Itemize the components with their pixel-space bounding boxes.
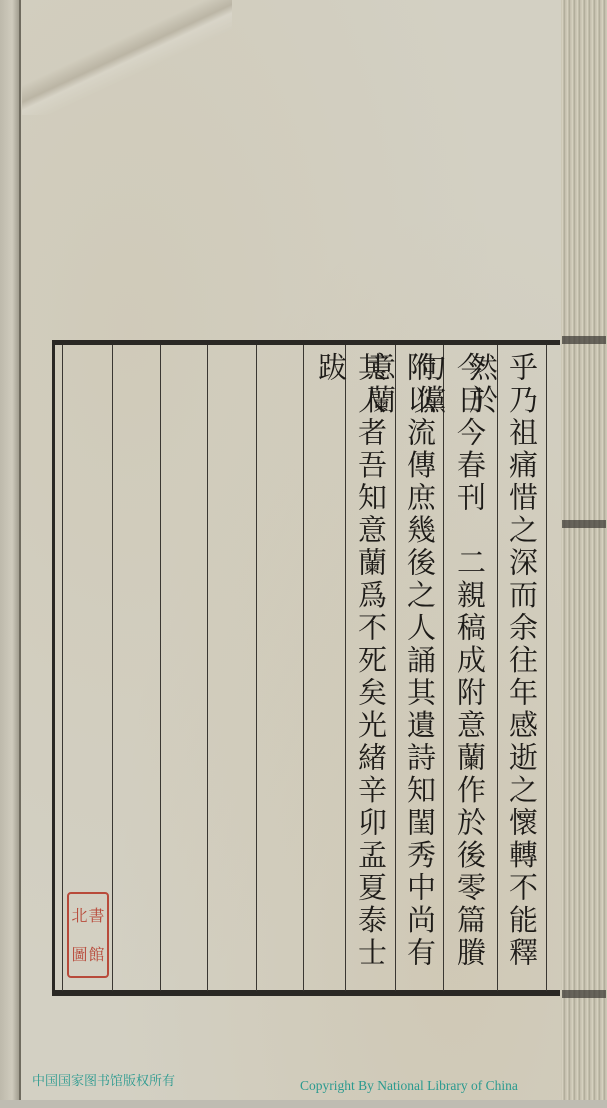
seal-char: 書 [88, 896, 105, 935]
edge-ink-mark [562, 520, 606, 528]
copyright-english: Copyright By National Library of China [300, 1078, 518, 1094]
text-column-3: 附以流傳庶幾後之人誦其遺詩知閨秀中尚有意蘭 [400, 352, 440, 984]
seal-char: 北 [71, 896, 88, 935]
scan-bottom-edge [0, 1100, 607, 1108]
column-rule [62, 345, 63, 991]
copyright-chinese: 中国国家图书馆版权所有 [32, 1070, 175, 1089]
text-column-1: 乎乃祖痛惜之深而余往年感逝之懷轉不能釋然於 [502, 352, 542, 984]
page-fold-crease [22, 0, 232, 115]
column-rule [256, 345, 257, 991]
column-rule [497, 345, 498, 991]
column-rule [303, 345, 304, 991]
text-column-4: 其人者吾知意蘭爲不死矣光緒辛卯孟夏泰士跋 [351, 352, 391, 984]
column-rule [395, 345, 396, 991]
previous-page-edge [0, 0, 20, 1108]
stacked-page-edges [561, 0, 607, 1108]
column-rule [345, 345, 346, 991]
column-rule [546, 345, 547, 991]
column-rule [207, 345, 208, 991]
seal-char: 館 [88, 935, 105, 974]
edge-ink-mark [562, 990, 606, 998]
column-rule [160, 345, 161, 991]
column-rule [112, 345, 113, 991]
text-column-2: 今日今春刊 二親稿成附意蘭作於後零篇賸句儻 [450, 352, 490, 984]
seal-char: 圖 [71, 935, 88, 974]
column-rule [443, 345, 444, 991]
edge-ink-mark [562, 336, 606, 344]
library-seal-stamp: 北 書 圖 館 [67, 892, 109, 978]
